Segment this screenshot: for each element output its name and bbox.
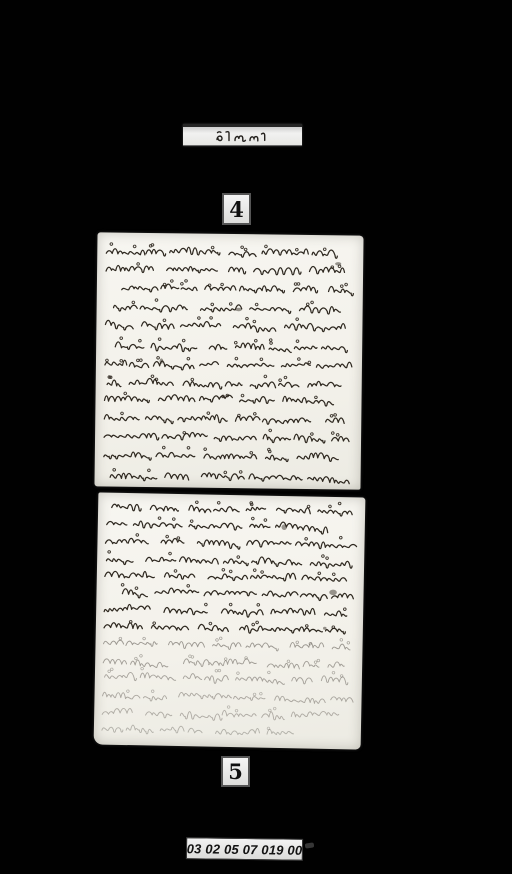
catalog-code-label: 03 02 05 07 019 00	[186, 837, 303, 861]
collection-name-label	[183, 124, 302, 146]
page-number-4: 4	[229, 199, 244, 220]
catalog-code: 03 02 05 07 019 00	[187, 841, 303, 858]
film-smudge	[305, 842, 315, 848]
manuscript-page-4	[94, 232, 363, 489]
handwriting-page-4	[94, 232, 363, 489]
manuscript-page-5	[94, 492, 366, 749]
page-number-5: 5	[228, 761, 243, 782]
page-number-tag-5: 5	[221, 756, 250, 787]
handwriting-page-5	[94, 492, 366, 749]
photo-backdrop: 4 5 03 02 05 07 019 00	[0, 0, 512, 874]
collection-script-text	[212, 130, 274, 143]
page-number-tag-4: 4	[222, 193, 251, 225]
